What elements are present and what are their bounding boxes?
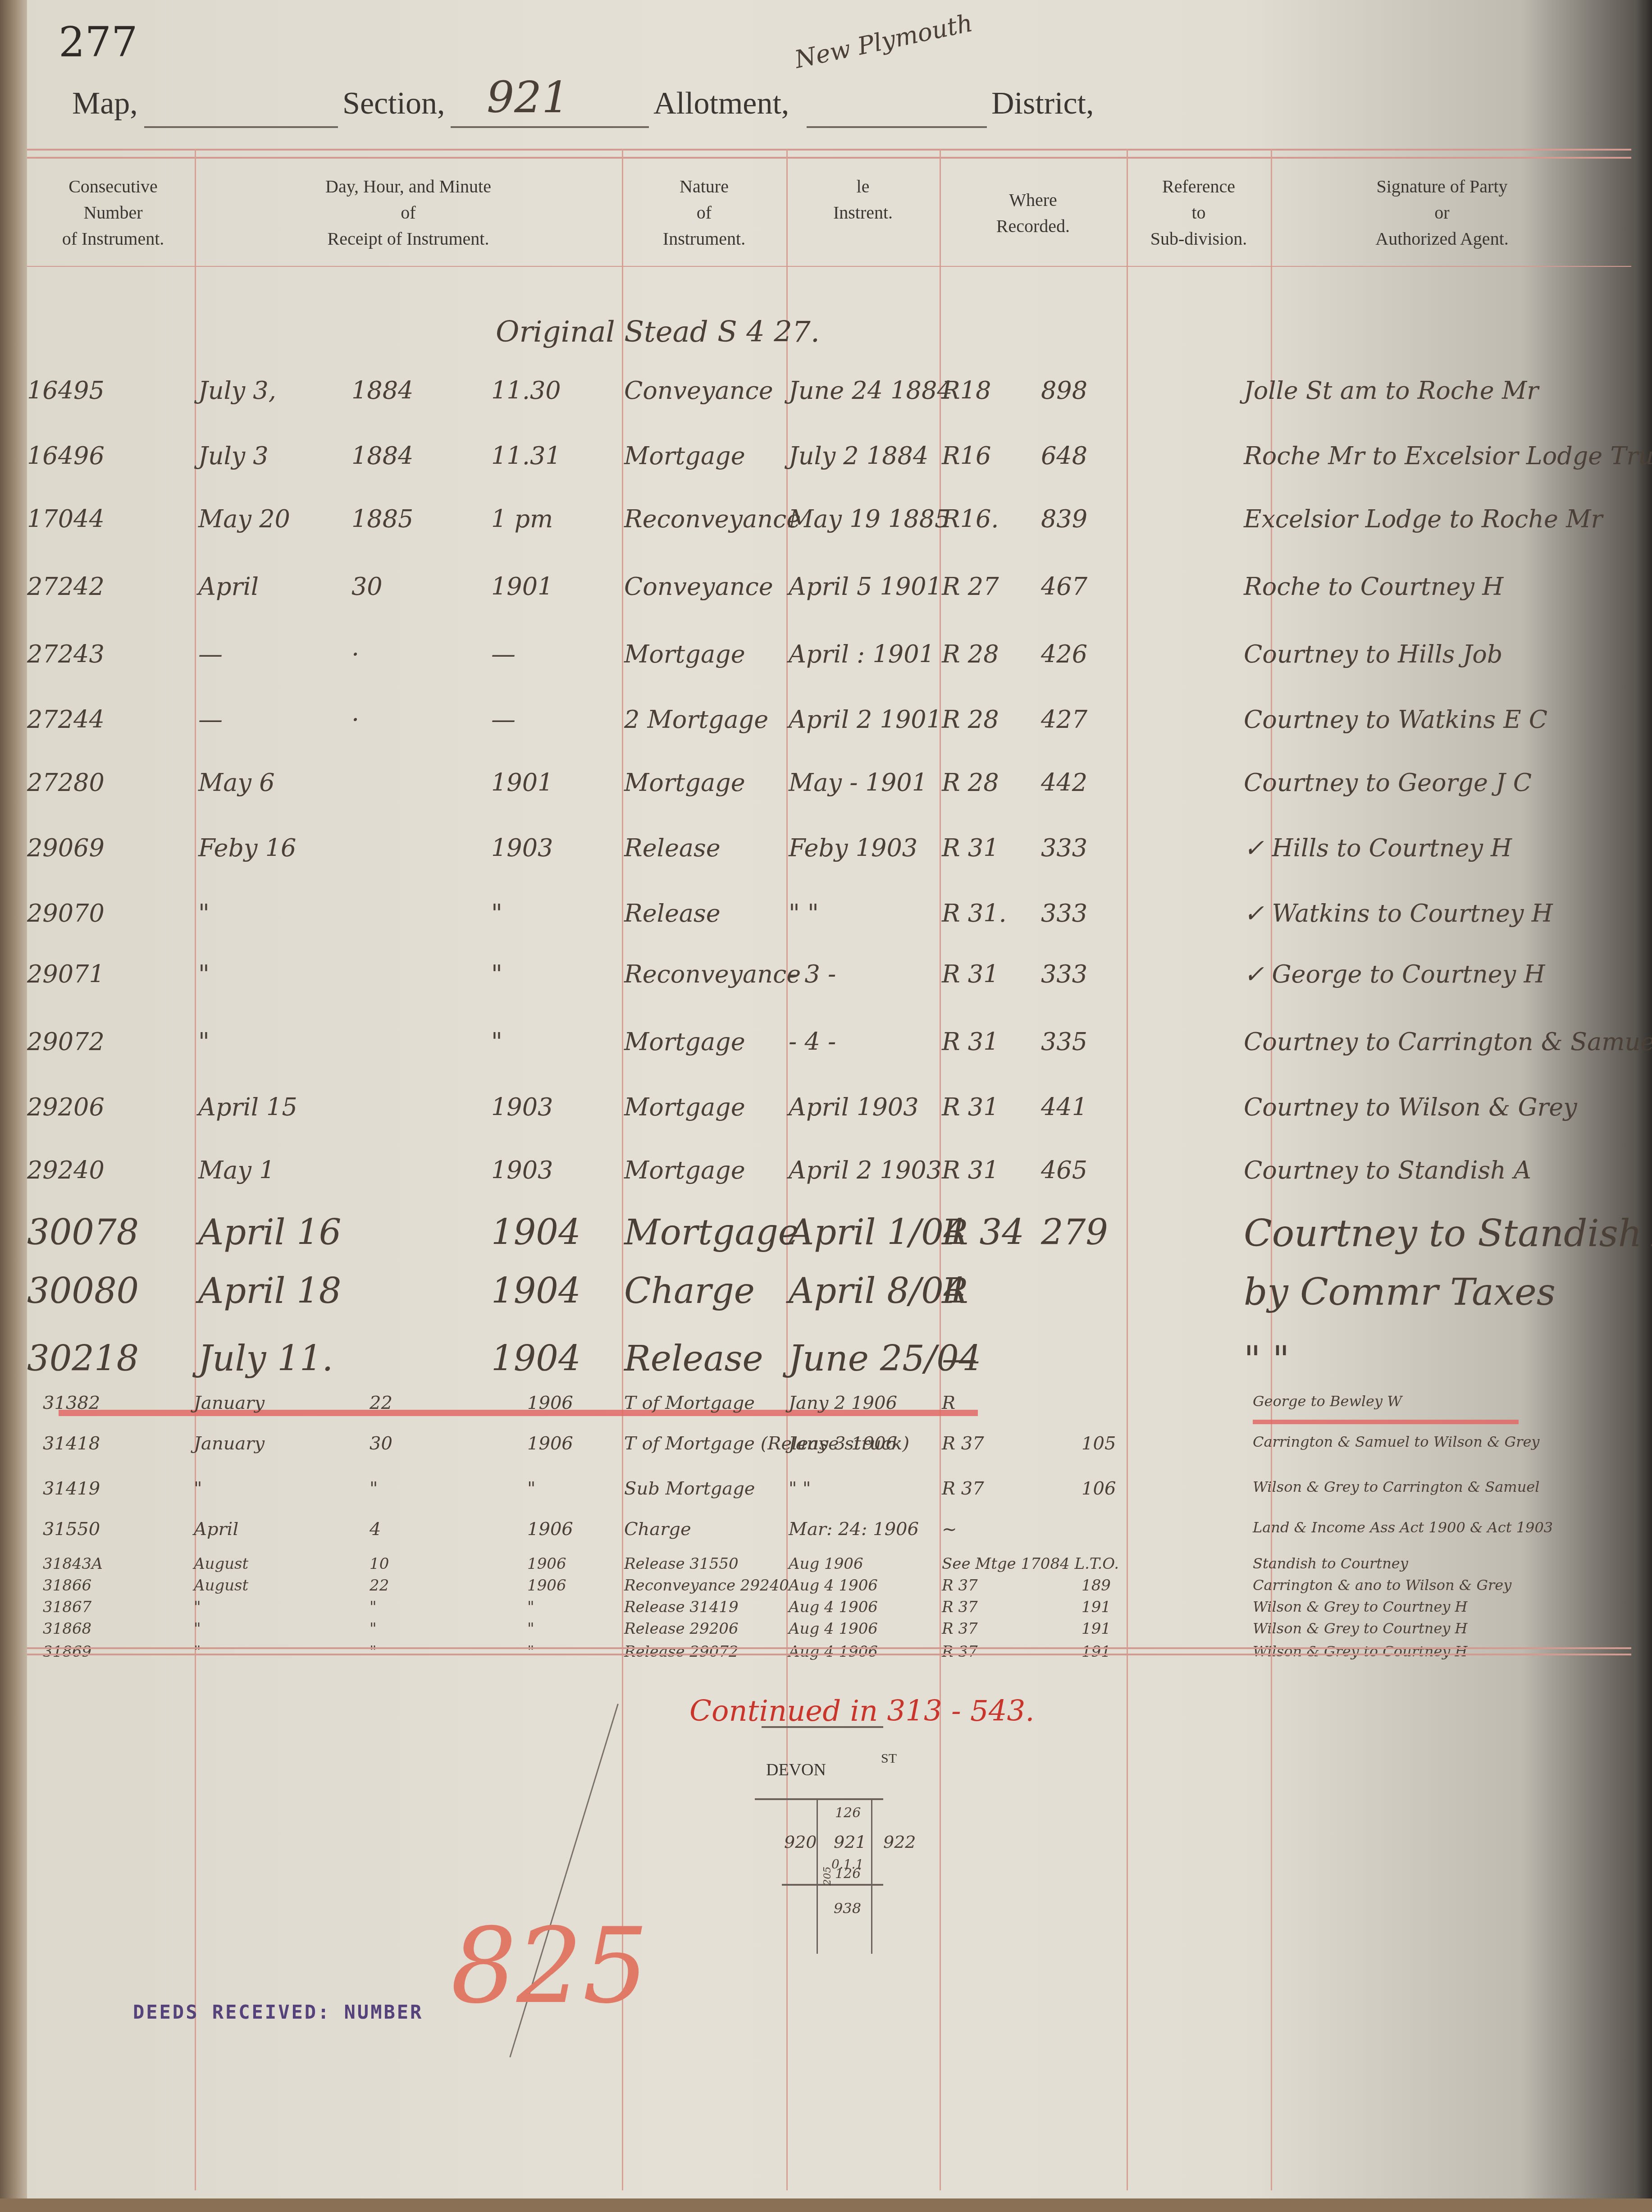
cell-party: Courtney to Wilson & Grey — [1244, 1093, 1577, 1121]
sketch-street-suffix: ST — [881, 1751, 897, 1766]
cell-date: July 2 1884 — [789, 442, 928, 470]
cell-folio: 279 — [1041, 1212, 1108, 1253]
sketch-lot-right — [871, 1798, 872, 1954]
cell-party: Excelsior Lodge to Roche Mr — [1244, 505, 1602, 533]
cell-nature: Reconveyance — [624, 960, 801, 988]
sketch-section-right: 922 — [883, 1832, 916, 1852]
cell-nature: Release — [624, 834, 721, 862]
col-header-number: Consecutive Number of Instrument. — [32, 174, 195, 252]
cell-folio: 898 — [1041, 376, 1087, 405]
cell-party: Courtney to George J C — [1244, 768, 1532, 797]
cell-nature: 2 Mortgage — [624, 705, 768, 734]
cell-month-day: May 6 — [198, 768, 275, 797]
cell-number: 27242 — [27, 572, 105, 601]
cell-time: " — [491, 960, 502, 988]
cell-recorded: R 28 — [942, 768, 999, 797]
cell-time: — — [491, 705, 516, 734]
cell-party: " " — [1244, 1339, 1290, 1381]
col-header-date: le Instrent. — [786, 174, 940, 226]
cell-date: Feby 1903 — [789, 834, 917, 862]
cell-folio: 189 — [1082, 1577, 1111, 1595]
cell-year: · — [351, 640, 359, 668]
cell-party: Courtney to Carrington & Samuel — [1244, 1028, 1652, 1056]
cell-nature: Mortgage — [624, 442, 745, 470]
cell-party: Courtney to Watkins E C — [1244, 705, 1547, 734]
section-field — [451, 126, 649, 128]
cell-month: August — [194, 1555, 248, 1573]
cell-month-day: July 3, — [198, 376, 276, 405]
cell-nature: T of Mortgage — [624, 1393, 755, 1413]
cell-number: 30080 — [27, 1271, 139, 1312]
cell-date: Jany 3 1906 — [789, 1433, 897, 1454]
col-header-receipt: Day, Hour, and Minute of Receipt of Inst… — [195, 174, 622, 252]
sketch-road-edge — [762, 1726, 883, 1728]
continued-note: Continued in 313 - 543. — [689, 1695, 1035, 1728]
col-header-nature: Nature of Instrument. — [622, 174, 786, 252]
cell-number: 16496 — [27, 442, 105, 470]
cell-number: 31843A — [43, 1555, 103, 1573]
cell-nature: Charge — [624, 1519, 691, 1540]
cell-recorded: R 37 — [942, 1620, 978, 1638]
cell-month: January — [194, 1393, 265, 1413]
cell-time: 1904 — [491, 1212, 581, 1253]
cell-recorded: R 27 — [942, 572, 999, 601]
cell-recorded: R — [942, 1393, 955, 1413]
cell-number: 29240 — [27, 1156, 105, 1184]
cell-number: 29072 — [27, 1028, 105, 1056]
cell-month-day: May 1 — [198, 1156, 275, 1184]
cell-folio: 191 — [1082, 1598, 1111, 1616]
cell-month: August — [194, 1577, 248, 1595]
cell-recorded: R 37 — [942, 1433, 984, 1454]
cell-date: April 2 1903 — [789, 1156, 942, 1184]
cell-year: 1884 — [351, 376, 413, 405]
cell-party: by Commr Taxes — [1244, 1271, 1556, 1314]
cell-year: " — [527, 1620, 534, 1638]
cell-month: " — [194, 1598, 201, 1616]
map-label: Map, — [72, 86, 138, 122]
sketch-lot-left — [817, 1798, 818, 1954]
cell-folio: 427 — [1041, 705, 1087, 734]
cell-party: Land & Income Ass Act 1900 & Act 1903 — [1253, 1519, 1553, 1536]
cell-month-day: April — [198, 572, 259, 601]
cell-folio: 467 — [1041, 572, 1087, 601]
col-divider — [622, 149, 623, 2190]
cell-recorded: — — [942, 1339, 977, 1379]
col-header-recorded: Where Recorded. — [940, 187, 1127, 239]
cell-party: Carrington & ano to Wilson & Grey — [1253, 1577, 1511, 1594]
cell-party: Jolle St am to Roche Mr — [1244, 376, 1538, 405]
sketch-section-left: 920 — [784, 1832, 817, 1852]
cell-time: 1901 — [491, 572, 553, 601]
cell-recorded: R 31 — [942, 960, 999, 988]
cell-recorded: R16 — [942, 442, 991, 470]
cell-nature: Mortgage — [624, 1156, 745, 1184]
cell-year: 30 — [351, 572, 383, 601]
lower-rule — [27, 1647, 1631, 1655]
cell-recorded: R 28 — [942, 640, 999, 668]
cell-recorded: R16. — [942, 505, 999, 533]
sketch-section-below: 938 — [834, 1900, 861, 1917]
cell-number: 17044 — [27, 505, 105, 533]
red-annotation-number: 825 — [451, 1906, 648, 2027]
cell-nature: Conveyance — [624, 572, 773, 601]
section-label: Section, — [342, 86, 445, 122]
cell-party: Standish to Courtney — [1253, 1555, 1408, 1572]
cell-time: 1903 — [491, 1156, 553, 1184]
cell-nature: Conveyance — [624, 376, 773, 405]
cell-recorded: See Mtge 17084 L.T.O. — [942, 1555, 1119, 1573]
cell-party: ✓ Watkins to Courtney H — [1244, 899, 1553, 928]
cell-number: 29206 — [27, 1093, 105, 1121]
cell-month-day: April 15 — [198, 1093, 297, 1121]
col-divider — [195, 149, 196, 2190]
cell-date: Aug 4 1906 — [789, 1598, 878, 1616]
cell-number: 29069 — [27, 834, 105, 862]
sketch-side-length: 205 — [822, 1867, 833, 1886]
cell-date: May - 1901 — [789, 768, 927, 797]
cell-day: 22 — [370, 1393, 392, 1413]
cell-recorded: R 31 — [942, 1028, 999, 1056]
cell-nature: Mortgage — [624, 1028, 745, 1056]
sketch-section-center: 921 — [834, 1832, 867, 1852]
cell-number: 31868 — [43, 1620, 91, 1638]
deeds-received-stamp: DEEDS RECEIVED: NUMBER — [133, 2001, 423, 2023]
cell-date: - 3 - — [789, 960, 836, 988]
cell-date: April : 1901 — [789, 640, 935, 668]
cell-number: 31866 — [43, 1577, 91, 1595]
cell-folio: 465 — [1041, 1156, 1087, 1184]
cell-number: 29070 — [27, 899, 105, 928]
cell-nature: Sub Mortgage — [624, 1478, 755, 1499]
cell-date: Mar: 24: 1906 — [789, 1519, 919, 1540]
cell-month: April — [194, 1519, 238, 1540]
cell-party: Courtney to Standish A — [1244, 1156, 1531, 1184]
cell-number: 29071 — [27, 960, 105, 988]
cell-month-day: April 18 — [198, 1271, 341, 1312]
cell-folio: 333 — [1041, 899, 1087, 928]
cell-folio: 335 — [1041, 1028, 1087, 1056]
allotment-label: Allotment, — [653, 86, 789, 122]
cell-time: 1903 — [491, 1093, 553, 1121]
cell-recorded: ~ — [942, 1519, 957, 1540]
cell-folio: 441 — [1041, 1093, 1087, 1121]
cell-time: 1904 — [491, 1271, 581, 1312]
cell-month-day: " — [198, 899, 210, 928]
cell-number: 30218 — [27, 1339, 139, 1379]
cell-number: 27244 — [27, 705, 105, 734]
cell-party: Wilson & Grey to Courtney H — [1253, 1598, 1467, 1615]
cell-month-day: — — [198, 705, 223, 734]
cell-day: " — [370, 1598, 377, 1616]
cell-nature: Charge — [624, 1271, 755, 1312]
cell-year: 1906 — [527, 1555, 566, 1573]
cell-date: April 8/04 — [789, 1271, 966, 1312]
cell-folio: 426 — [1041, 640, 1087, 668]
cell-month: " — [194, 1478, 202, 1499]
cell-month-day: July 3 — [198, 442, 269, 470]
cell-recorded: R — [942, 1271, 968, 1312]
cell-folio: 105 — [1082, 1433, 1116, 1454]
cell-nature: Release — [624, 1339, 763, 1379]
cell-party: George to Bewley W — [1253, 1393, 1402, 1410]
section-value: 921 — [487, 72, 569, 123]
cell-year: 1906 — [527, 1577, 566, 1595]
cell-nature: Mortgage — [624, 1093, 745, 1121]
cell-year: " — [527, 1598, 534, 1616]
cell-nature: Mortgage — [624, 640, 745, 668]
cell-nature: Release 31419 — [624, 1598, 739, 1616]
cell-month-day: May 20 — [198, 505, 290, 533]
cell-day: 10 — [370, 1555, 389, 1573]
cell-month-day: " — [198, 960, 210, 988]
cell-year: " — [527, 1478, 535, 1499]
cell-number: 30078 — [27, 1212, 139, 1253]
cell-time: 1901 — [491, 768, 553, 797]
cell-year: · — [351, 705, 359, 734]
sketch-road-bottom — [755, 1798, 883, 1800]
cell-recorded: R 37 — [942, 1577, 978, 1595]
cell-month-day: — — [198, 640, 223, 668]
cell-number: 31867 — [43, 1598, 91, 1616]
cell-folio: 106 — [1082, 1478, 1116, 1499]
cell-folio: 333 — [1041, 834, 1087, 862]
cell-nature: Mortgage — [624, 1212, 799, 1253]
col-divider — [1127, 149, 1128, 2190]
page-bottom-edge — [0, 2198, 1652, 2212]
cell-date: " " — [789, 899, 819, 928]
district-label: District, — [991, 86, 1094, 122]
cell-folio: 839 — [1041, 505, 1087, 533]
cell-year: 1884 — [351, 442, 413, 470]
cell-month-day: Feby 16 — [198, 834, 296, 862]
cell-party: Courtney to Hills Job — [1244, 640, 1502, 668]
page-number: 277 — [59, 18, 138, 66]
col-header-signature: Signature of Party or Authorized Agent. — [1271, 174, 1613, 252]
cell-month-day: April 16 — [198, 1212, 341, 1253]
cell-day: " — [370, 1620, 377, 1638]
cell-number: 16495 — [27, 376, 105, 405]
cell-recorded: R 31 — [942, 1156, 999, 1184]
cell-number: 31419 — [43, 1478, 100, 1499]
cell-nature: Release — [624, 899, 721, 928]
cell-recorded: R 31 — [942, 834, 999, 862]
cell-time: 1904 — [491, 1339, 581, 1379]
cell-number: 31382 — [43, 1393, 100, 1413]
cell-date: Aug 1906 — [789, 1555, 863, 1573]
cell-date: May 19 1885 — [789, 505, 950, 533]
cell-time: 1 pm — [491, 505, 553, 533]
cell-month-day: July 11. — [198, 1339, 333, 1379]
cell-month-day: " — [198, 1028, 210, 1056]
cell-date: June 24 1884 — [789, 376, 953, 405]
cell-party: Roche Mr to Excelsior Lodge Trustees — [1244, 442, 1652, 470]
cell-recorded: R18 — [942, 376, 991, 405]
cell-day: 30 — [370, 1433, 392, 1454]
cell-party: Wilson & Grey to Courtney H — [1253, 1620, 1467, 1637]
cell-nature: Mortgage — [624, 768, 745, 797]
cell-time: " — [491, 1028, 502, 1056]
cell-party: Roche to Courtney H — [1244, 572, 1503, 601]
cell-year: 1906 — [527, 1393, 573, 1413]
cell-recorded: R 31. — [942, 899, 1007, 928]
cell-party: ✓ Hills to Courtney H — [1244, 834, 1512, 862]
book-spine — [0, 0, 27, 2212]
cell-date: April 1903 — [789, 1093, 919, 1121]
cell-day: 4 — [370, 1519, 381, 1540]
cell-time: — — [491, 640, 516, 668]
cell-date: Jany 2 1906 — [789, 1393, 897, 1413]
sketch-bottom-frontage: 126 — [835, 1866, 861, 1882]
cell-party: Courtney to Standish A — [1244, 1212, 1652, 1255]
cell-year: 1885 — [351, 505, 413, 533]
cell-number: 31418 — [43, 1433, 100, 1454]
cell-recorded: R 37 — [942, 1598, 978, 1616]
cell-month: January — [194, 1433, 265, 1454]
cell-nature: Release 31550 — [624, 1555, 739, 1573]
cell-number: 27280 — [27, 768, 105, 797]
cell-nature: Release 29206 — [624, 1620, 739, 1638]
sketch-top-frontage: 126 — [835, 1805, 861, 1821]
cell-nature: Reconveyance — [624, 505, 801, 533]
cell-time: " — [491, 899, 502, 928]
cell-date: April 5 1901 — [789, 572, 942, 601]
allotment-field — [807, 126, 987, 128]
strike-through-party — [1253, 1420, 1519, 1424]
cell-folio: 648 — [1041, 442, 1087, 470]
cell-number: 27243 — [27, 640, 105, 668]
cell-party: Carrington & Samuel to Wilson & Grey — [1253, 1433, 1539, 1450]
cell-time: 11.30 — [491, 376, 561, 405]
cell-number: 31550 — [43, 1519, 100, 1540]
cell-time: 1903 — [491, 834, 553, 862]
cell-day: 22 — [370, 1577, 389, 1595]
map-field — [144, 126, 338, 128]
col-header-subdivision: Reference to Sub-division. — [1127, 174, 1271, 252]
cell-recorded: R 37 — [942, 1478, 984, 1499]
cell-folio: 333 — [1041, 960, 1087, 988]
cell-folio: 191 — [1082, 1620, 1111, 1638]
cell-time: 11.31 — [491, 442, 561, 470]
cell-date: April 1/04 — [789, 1212, 966, 1253]
cell-date: Aug 4 1906 — [789, 1577, 878, 1595]
cell-date: - 4 - — [789, 1028, 836, 1056]
cell-date: Aug 4 1906 — [789, 1620, 878, 1638]
cell-recorded: R 28 — [942, 705, 999, 734]
cell-party: ✓ George to Courtney H — [1244, 960, 1545, 988]
cell-party: Wilson & Grey to Carrington & Samuel — [1253, 1478, 1539, 1495]
cell-year: 1906 — [527, 1433, 573, 1454]
caption-original-stead: Original Stead S 4 27. — [496, 315, 820, 349]
cell-nature: Reconveyance 29240 — [624, 1577, 789, 1595]
sketch-street-name: DEVON — [766, 1760, 826, 1780]
cell-folio: 442 — [1041, 768, 1087, 797]
header-rule — [27, 149, 1631, 159]
cell-recorded: R 31 — [942, 1093, 999, 1121]
cell-year: 1906 — [527, 1519, 573, 1540]
cell-date: " " — [789, 1478, 811, 1499]
cell-day: " — [370, 1478, 378, 1499]
cell-date: April 2 1901 — [789, 705, 942, 734]
cell-month: " — [194, 1620, 201, 1638]
header-bottom-rule — [27, 266, 1631, 267]
cell-recorded: R 34 — [942, 1212, 1024, 1253]
